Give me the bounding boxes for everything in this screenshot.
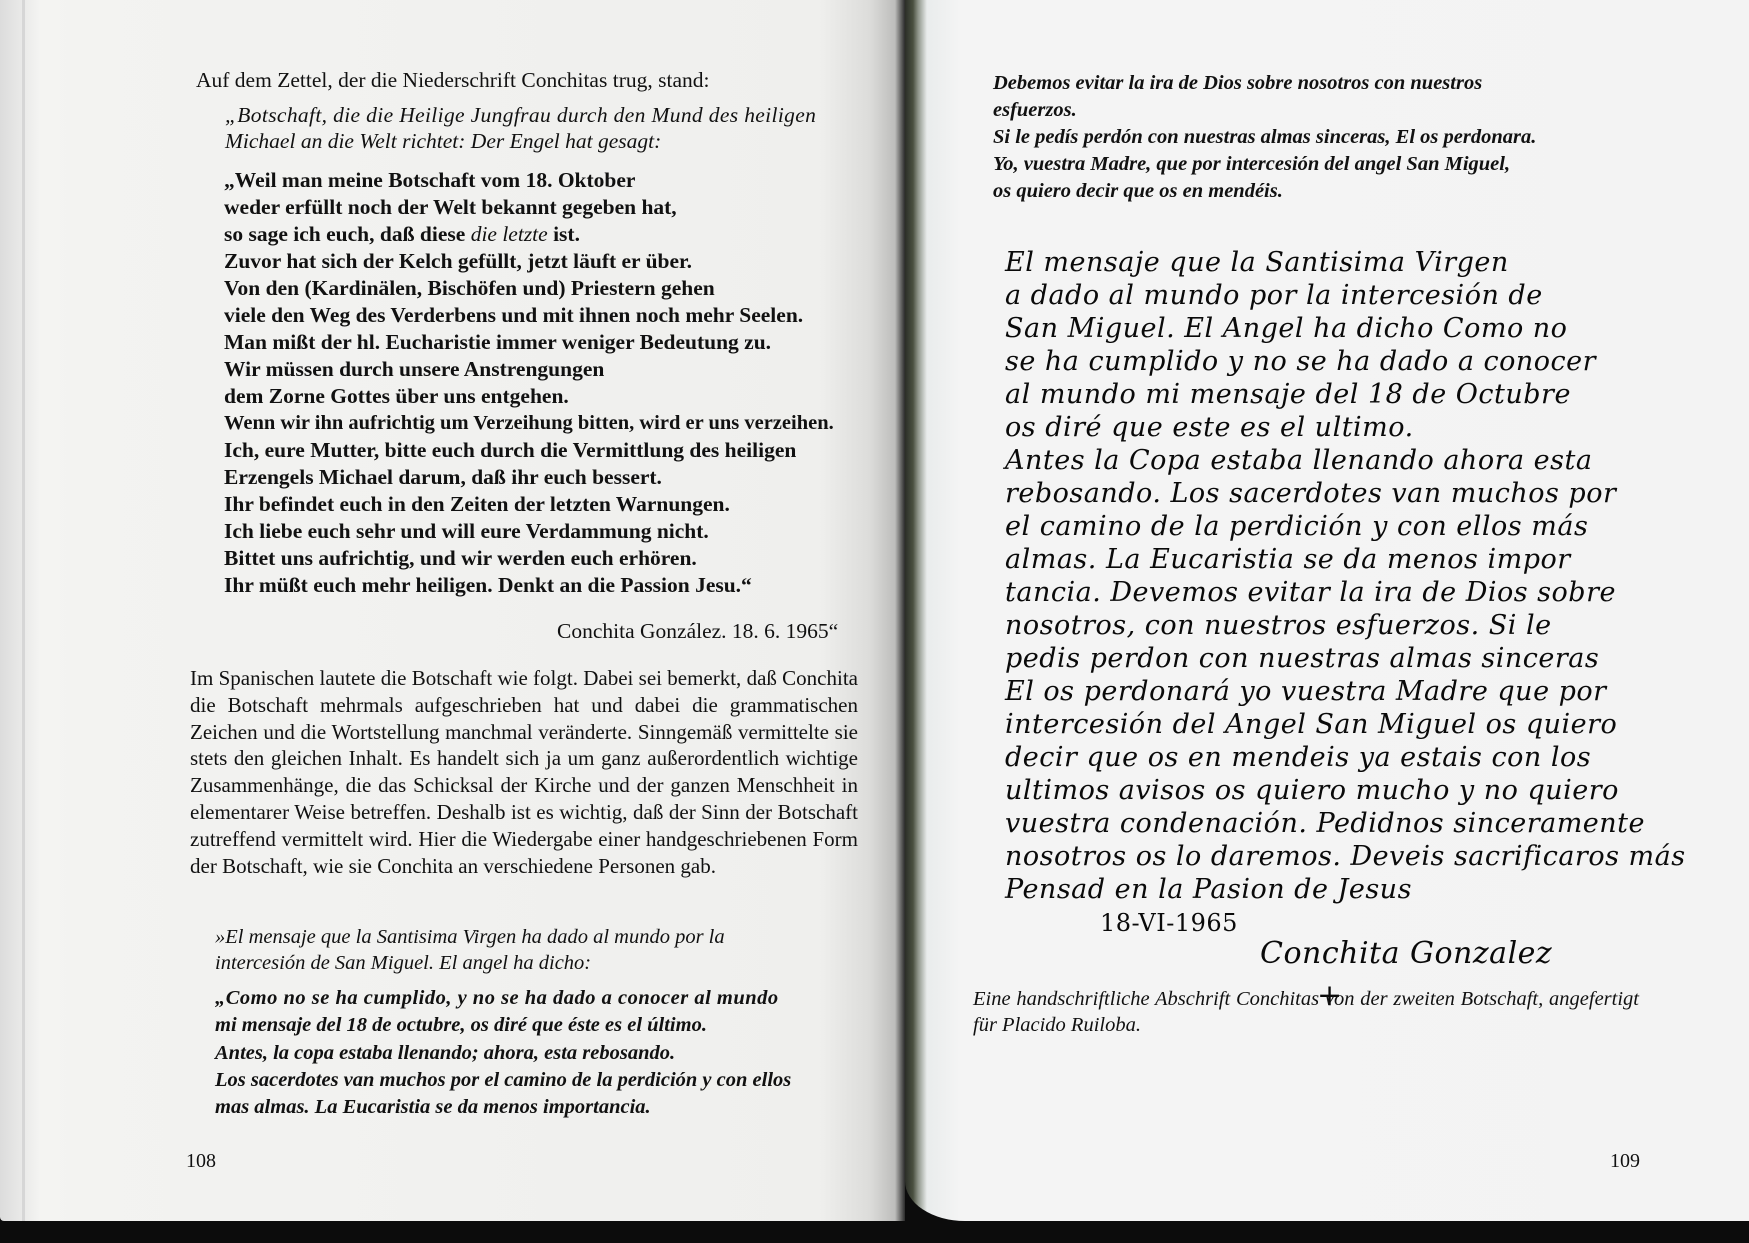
page-number: 108 <box>186 1150 216 1173</box>
handwritten-line: Antes la Copa estaba llenando ahora esta <box>1005 445 1592 477</box>
handwritten-line: decir que os en mendeis ya estais con lo… <box>1005 742 1591 774</box>
spanish-message-line: mas almas. La Eucaristia se da menos imp… <box>215 1094 651 1120</box>
handwritten-line: almas. La Eucaristia se da menos impor <box>1005 544 1571 576</box>
message-line: so sage ich euch, daß diese die letzte i… <box>224 221 580 247</box>
spanish-message-line: mi mensaje del 18 de octubre, os diré qu… <box>215 1012 707 1038</box>
intro-line: Auf dem Zettel, der die Niederschrift Co… <box>196 67 709 93</box>
handwritten-line: San Miguel. El Angel ha dicho Como no <box>1005 313 1567 345</box>
handwritten-line: ultimos avisos os quiero mucho y no quie… <box>1005 775 1619 807</box>
message-line: Wir müssen durch unsere Anstrengungen <box>224 356 604 382</box>
handwritten-line: El os perdonará yo vuestra Madre que por <box>1005 676 1607 708</box>
spanish-intro-line: intercesión de San Miguel. El angel ha d… <box>215 950 591 976</box>
handwritten-line: tancia. Devemos evitar la ira de Dios so… <box>1005 577 1616 609</box>
handwritten-line: rebosando. Los sacerdotes van muchos por <box>1005 478 1616 510</box>
handwritten-line: a dado al mundo por la intercesión de <box>1005 280 1543 312</box>
page-number: 109 <box>1610 1150 1640 1173</box>
spanish-message-line: Antes, la copa estaba llenando; ahora, e… <box>215 1040 675 1066</box>
spanish-message-line: Los sacerdotes van muchos por el camino … <box>215 1067 791 1093</box>
message-line: Ich, eure Mutter, bitte euch durch die V… <box>224 437 796 463</box>
handwritten-line: vuestra condenación. Pedidnos sinceramen… <box>1005 808 1645 840</box>
left-page: Auf dem Zettel, der die Niederschrift Co… <box>0 0 905 1221</box>
message-line: Zuvor hat sich der Kelch gefüllt, jetzt … <box>224 248 692 274</box>
handwritten-date: 18-VI-1965 <box>1100 908 1238 940</box>
message-line: Von den (Kardinälen, Bischöfen und) Prie… <box>224 275 715 301</box>
body-paragraph: Im Spanischen lautete die Botschaft wie … <box>190 665 858 879</box>
spanish-continued-line: os quiero decir que os en mendéis. <box>993 178 1283 204</box>
handwritten-line: os diré que este es el ultimo. <box>1005 412 1414 444</box>
handwritten-line: nosotros, con nuestros esfuerzos. Si le <box>1005 610 1552 642</box>
spanish-message-line: „Como no se ha cumplido, y no se ha dado… <box>215 985 779 1011</box>
handwritten-line: El mensaje que la Santisima Virgen <box>1005 247 1509 279</box>
message-line: Bittet uns aufrichtig, und wir werden eu… <box>224 545 697 571</box>
right-page: Debemos evitar la ira de Dios sobre noso… <box>905 0 1749 1221</box>
message-line: Ihr befindet euch in den Zeiten der letz… <box>224 491 730 517</box>
figure-caption: Eine handschriftliche Abschrift Conchita… <box>973 986 1639 1038</box>
message-line: viele den Weg des Verderbens und mit ihn… <box>224 302 803 328</box>
message-line: Ihr müßt euch mehr heiligen. Denkt an di… <box>224 572 752 598</box>
spanish-continued-line: Debemos evitar la ira de Dios sobre noso… <box>993 70 1482 96</box>
message-line: Wenn wir ihn aufrichtig um Verzeihung bi… <box>224 410 834 436</box>
message-line: Man mißt der hl. Eucharistie immer wenig… <box>224 329 771 355</box>
handwritten-signature: Conchita Gonzalez <box>1260 938 1552 970</box>
handwritten-line: nosotros os lo daremos. Deveis sacrifica… <box>1005 841 1686 873</box>
message-line: Erzengels Michael darum, daß ihr euch be… <box>224 464 662 490</box>
message-line: „Weil man meine Botschaft vom 18. Oktobe… <box>224 167 635 193</box>
message-line: weder erfüllt noch der Welt bekannt gege… <box>224 194 677 220</box>
spanish-intro-line: »El mensaje que la Santisima Virgen ha d… <box>215 924 725 950</box>
message-line: Ich liebe euch sehr und will eure Verdam… <box>224 518 709 544</box>
spanish-continued-line: Yo, vuestra Madre, que por intercesión d… <box>993 151 1510 177</box>
emphasis: die letzte <box>471 222 548 246</box>
spanish-continued-line: esfuerzos. <box>993 97 1077 123</box>
handwritten-line: el camino de la perdición y con ellos má… <box>1005 511 1588 543</box>
handwritten-line: Pensad en la Pasion de Jesus <box>1005 874 1412 906</box>
handwritten-line: al mundo mi mensaje del 18 de Octubre <box>1005 379 1571 411</box>
italic-heading-line: Michael an die Welt richtet: Der Engel h… <box>225 128 661 154</box>
spanish-continued-line: Si le pedís perdón con nuestras almas si… <box>993 124 1536 150</box>
message-line: dem Zorne Gottes über uns entgehen. <box>224 383 569 409</box>
handwritten-line: pedis perdon con nuestras almas sinceras <box>1005 643 1599 675</box>
handwritten-line: se ha cumplido y no se ha dado a conocer <box>1005 346 1596 378</box>
italic-heading-line: „Botschaft, die die Heilige Jungfrau dur… <box>225 102 816 128</box>
handwritten-line: intercesión del Angel San Miguel os quie… <box>1005 709 1617 741</box>
signature-line: Conchita González. 18. 6. 1965“ <box>557 618 838 644</box>
